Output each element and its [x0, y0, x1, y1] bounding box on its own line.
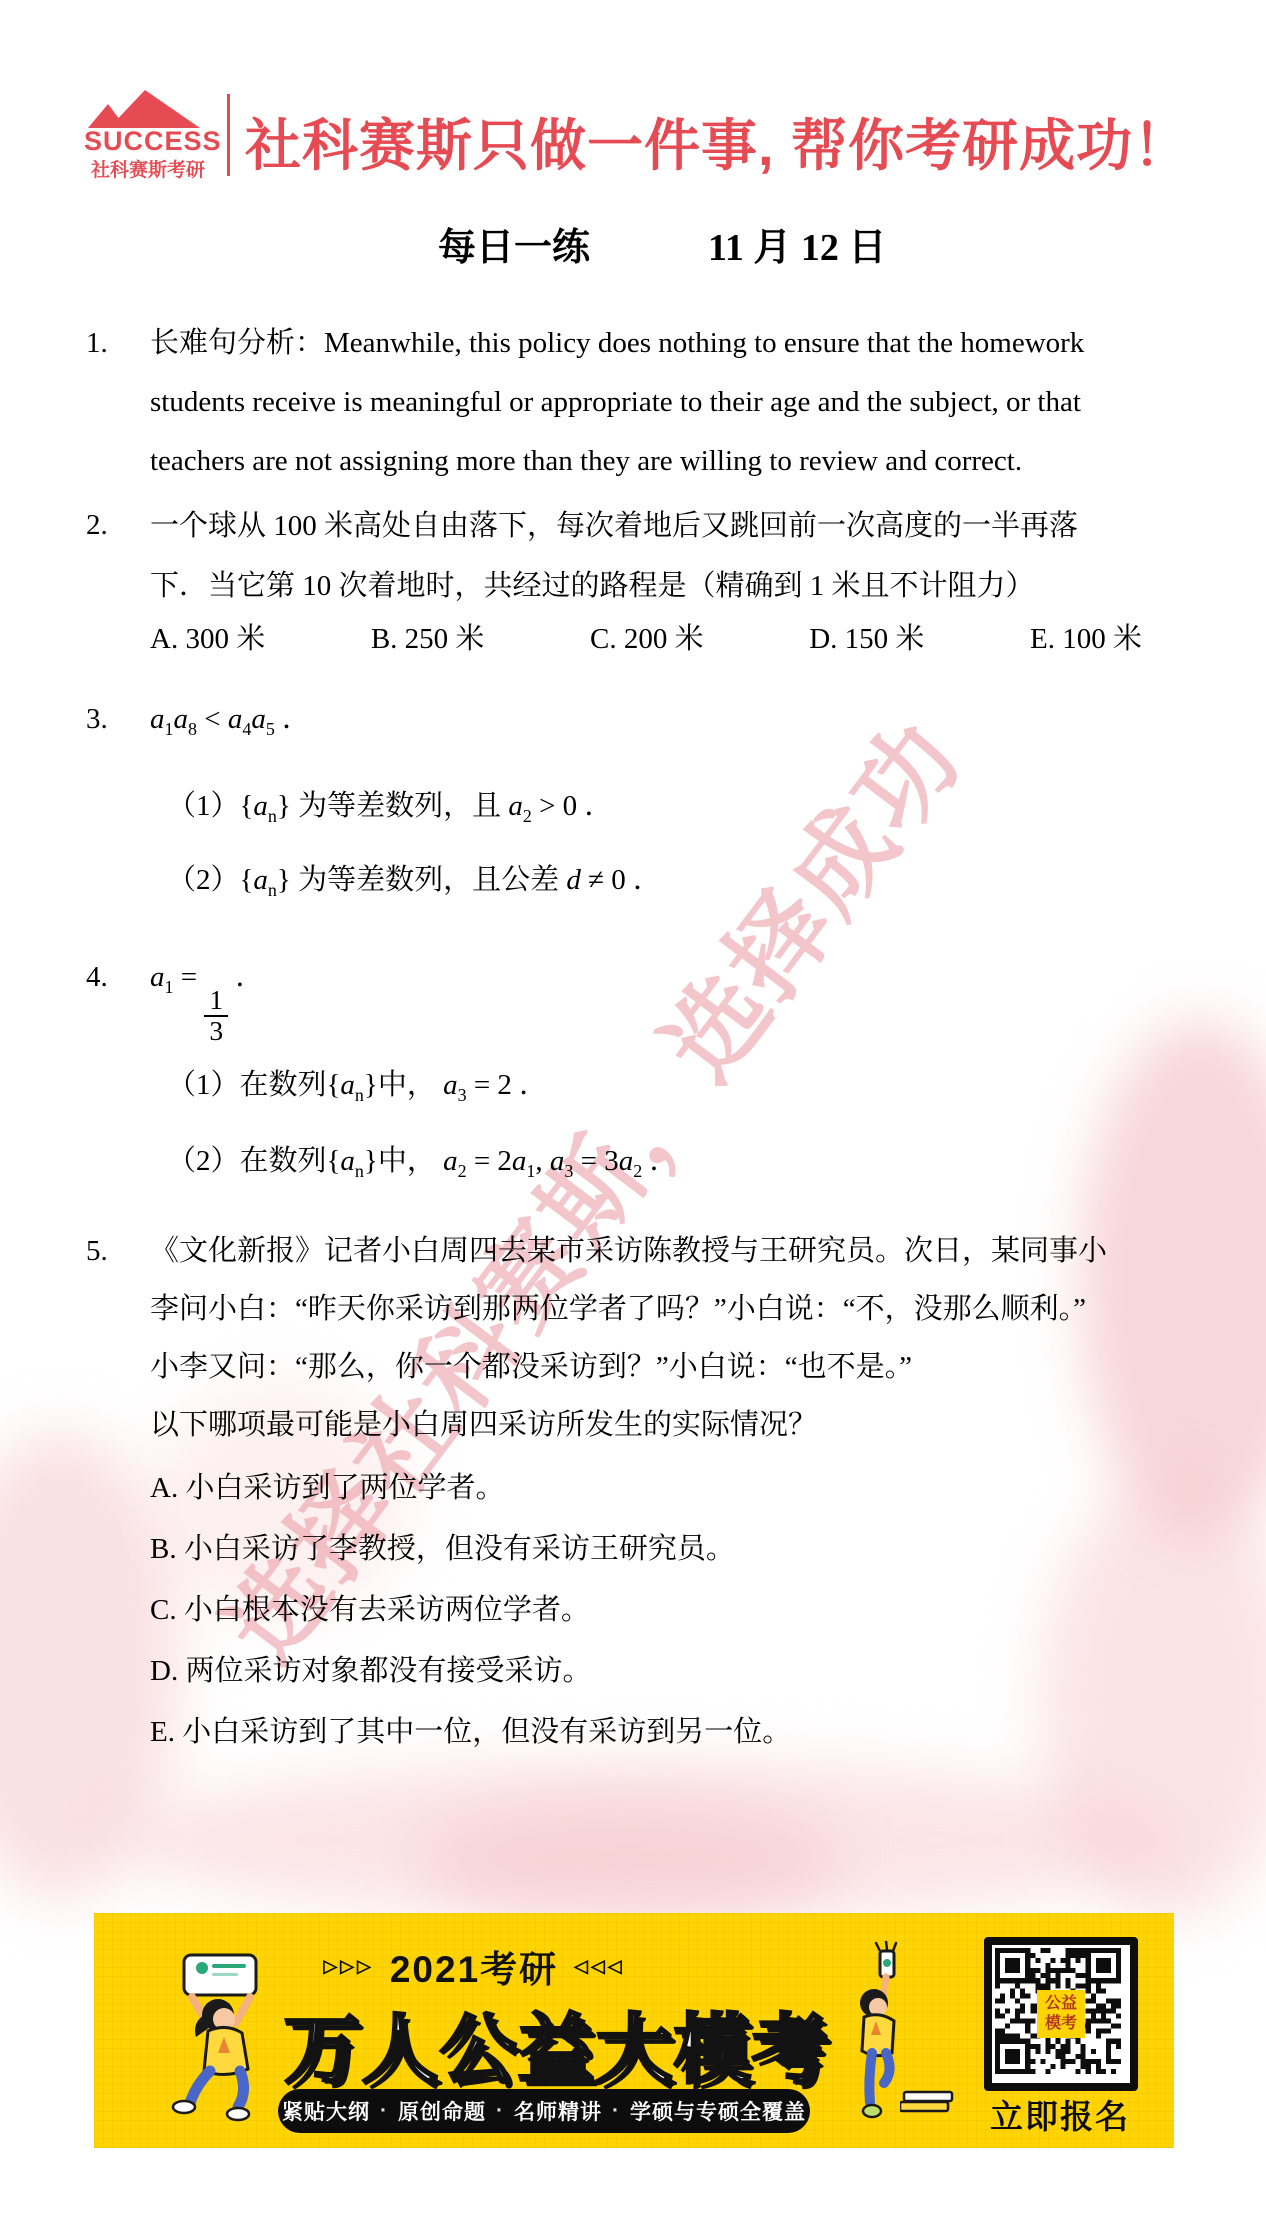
feature: 名师精讲: [514, 2096, 602, 2126]
question-3-number: 3.: [86, 690, 108, 749]
option-c: C. 200 米: [590, 616, 704, 657]
question-3-condition-2: （2）{an} 为等差数列，且公差 d ≠ 0 ．: [167, 857, 662, 901]
mountain-logo-icon: [88, 90, 200, 128]
option-d: D. 两位采访对象都没有接受采访。: [150, 1641, 791, 1702]
question-2-number: 2.: [86, 496, 108, 555]
page-title-date: 11 月 12 日: [708, 227, 886, 269]
page-title: 每日一练11 月 12 日: [438, 216, 886, 271]
option-e: E. 100 米: [1030, 616, 1142, 657]
question-4-condition-1: （1）在数列{an}中， a3 = 2 ．: [167, 1062, 548, 1106]
qr-label-line: 模考: [1045, 2014, 1077, 2034]
option-a: A. 300 米: [150, 616, 265, 657]
signup-cta[interactable]: 立即报名: [990, 2091, 1126, 2138]
option-e: E. 小白采访到了其中一位，但没有采访到另一位。: [150, 1702, 791, 1763]
qr-code[interactable]: 公益 模考: [984, 1937, 1138, 2091]
question-3-condition-1: （1）{an} 为等差数列，且 a2 > 0 ．: [167, 783, 613, 827]
question-5-options: A. 小白采访到了两位学者。 B. 小白采访了李教授，但没有采访王研究员。 C.…: [150, 1458, 791, 1763]
feature: 原创命题: [398, 2096, 486, 2126]
option-c: C. 小白根本没有去采访两位学者。: [150, 1580, 791, 1641]
question-4-condition-2: （2）在数列{an}中， a2 = 2a1, a3 = 3a2 ．: [167, 1138, 679, 1182]
arrows-right-icon: ▷▷▷: [323, 1956, 374, 1977]
question-3: 3. a1a8 < a4a5 ．: [150, 690, 1190, 759]
option-b: B. 小白采访了李教授，但没有采访王研究员。: [150, 1519, 791, 1580]
qr-center-label: 公益 模考: [1037, 1990, 1085, 2038]
page-title-left: 每日一练: [438, 227, 590, 269]
worksheet-page: 选择社科赛斯，选择成功 SUCCESS 社科赛斯考研 社科赛斯只做一件事, 帮你…: [0, 0, 1266, 2233]
question-1: 1. 长难句分析：Meanwhile, this policy does not…: [150, 314, 1190, 491]
promo-banner[interactable]: ▷▷▷ 2021考研 ◁◁◁ 万人公益大模考 紧贴大纲 · 原创命题 · 名师精…: [94, 1913, 1174, 2148]
option-b: B. 250 米: [371, 616, 485, 657]
question-5-number: 5.: [86, 1222, 108, 1281]
question-5-line: 李问小白：“昨天你采访到那两位学者了吗？”小白说：“不，没那么顺利。”: [150, 1280, 1190, 1338]
logo-wordmark: SUCCESS: [84, 126, 212, 157]
banner-year-tag: 2021考研: [390, 1939, 558, 1993]
question-4: 4. a1 = 13 ．: [150, 948, 1190, 1046]
question-1-line: teachers are not assigning more than the…: [150, 432, 1190, 491]
question-5-line: 小李又问：“那么，你一个都没采访到？”小白说：“也不是。”: [150, 1338, 1190, 1396]
books-icon: [900, 2089, 956, 2115]
question-1-line: students receive is meaningful or approp…: [150, 373, 1190, 432]
banner-feature-pill: 紧贴大纲 · 原创命题 · 名师精讲 · 学硕与专硕全覆盖: [278, 2089, 810, 2133]
question-2: 2. 一个球从 100 米高处自由落下，每次着地后又跳回前一次高度的一半再落 下…: [150, 496, 1190, 616]
header-slogan: 社科赛斯只做一件事, 帮你考研成功！: [245, 102, 1205, 182]
watercolor-blob: [420, 1800, 840, 1920]
option-a: A. 小白采访到了两位学者。: [150, 1458, 791, 1519]
qr-label-line: 公益: [1045, 1994, 1077, 2014]
header-divider: [227, 94, 230, 176]
banner-headline: 万人公益大模考: [284, 1989, 830, 2098]
question-4-number: 4.: [86, 948, 108, 1007]
question-5: 5. 《文化新报》记者小白周四去某市采访陈教授与王研究员。次日，某同事小 李问小…: [150, 1222, 1190, 1454]
logo-subtitle: 社科赛斯考研: [84, 155, 212, 182]
question-2-options: A. 300 米 B. 250 米 C. 200 米 D. 150 米 E. 1…: [150, 616, 1142, 657]
question-2-line: 下．当它第 10 次着地时，共经过的路程是（精确到 1 米且不计阻力）: [150, 556, 1190, 616]
question-1-line: 长难句分析：Meanwhile, this policy does nothin…: [150, 314, 1190, 373]
question-2-line: 一个球从 100 米高处自由落下，每次着地后又跳回前一次高度的一半再落: [150, 496, 1190, 556]
dot-separator: ·: [612, 2099, 620, 2123]
feature: 学硕与专硕全覆盖: [630, 2096, 806, 2126]
question-5-line: 《文化新报》记者小白周四去某市采访陈教授与王研究员。次日，某同事小: [150, 1222, 1190, 1280]
arrows-left-icon: ◁◁◁: [574, 1956, 625, 1977]
dot-separator: ·: [496, 2099, 504, 2123]
option-d: D. 150 米: [809, 616, 924, 657]
question-4-stem: a1 = 13 ．: [150, 948, 1190, 1046]
dot-separator: ·: [380, 2099, 388, 2123]
question-3-stem: a1a8 < a4a5 ．: [150, 690, 1190, 759]
question-5-line: 以下哪项最可能是小白周四采访所发生的实际情况？: [150, 1396, 1190, 1454]
girl-illustration: [152, 1953, 302, 2123]
question-1-number: 1.: [86, 314, 108, 373]
